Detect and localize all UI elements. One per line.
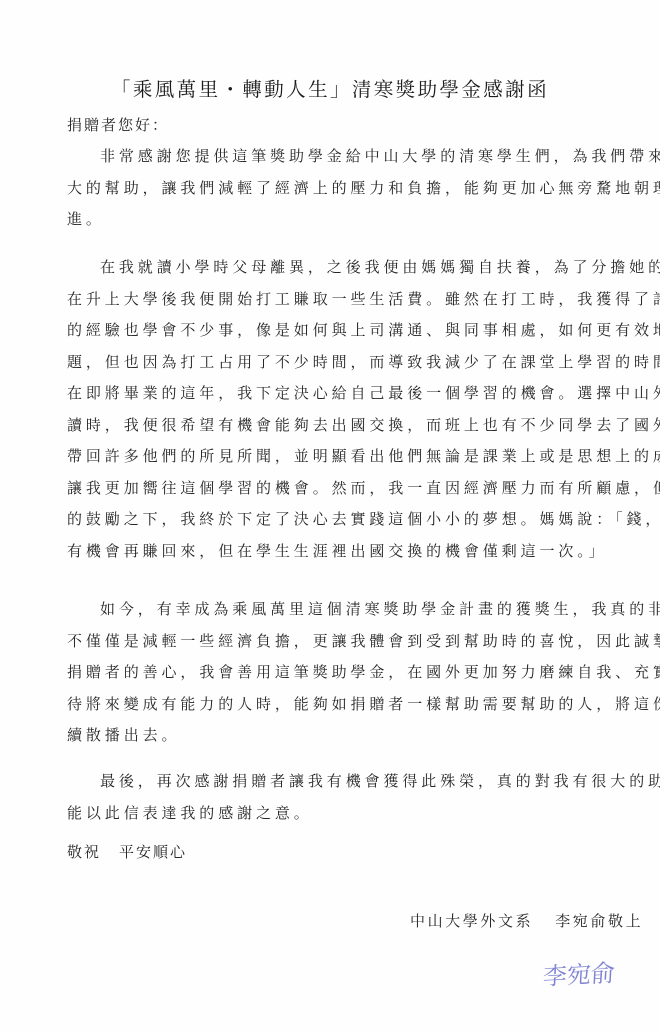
paragraph-line: 待將來變成有能力的人時，能夠如捐贈者一樣幫助需要幫助的人，將這份愛心繼	[67, 689, 607, 721]
paragraph-line: 續散播出去。	[67, 720, 607, 752]
paragraph-line: 進。	[67, 204, 607, 236]
paragraph-2: 在我就讀小學時父母離異，之後我便由媽媽獨自扶養，為了分擔她的壓力， 在升上大學後…	[67, 252, 607, 567]
paragraph-line: 題，但也因為打工占用了不少時間，而導致我減少了在課堂上學習的時間。於是	[67, 347, 607, 379]
paragraph-line: 在升上大學後我便開始打工賺取一些生活費。雖然在打工時，我獲得了許多寶貴	[67, 284, 607, 316]
paragraph-line: 大的幫助，讓我們減輕了經濟上的壓力和負擔，能夠更加心無旁騖地朝理想邁	[67, 173, 607, 205]
salutation: 捐贈者您好：	[67, 114, 169, 135]
paragraph-line: 的經驗也學會不少事，像是如何與上司溝通、與同事相處，如何更有效地解決問	[67, 315, 607, 347]
paragraph-4: 最後，再次感謝捐贈者讓我有機會獲得此殊榮，真的對我有很大的助益，僅 能以此信表達…	[67, 766, 607, 829]
paragraph-line: 捐贈者的善心，我會善用這筆獎助學金，在國外更加努力磨練自我、充實自我，	[67, 657, 607, 689]
letter-page: 「乘風萬里・轉動人生」清寒獎助學金感謝函 捐贈者您好： 非常感謝您提供這筆獎助學…	[0, 0, 660, 1031]
paragraph-line: 讓我更加嚮往這個學習的機會。然而，我一直因經濟壓力而有所顧慮，但在媽媽	[67, 473, 607, 505]
paragraph-1: 非常感謝您提供這筆獎助學金給中山大學的清寒學生們，為我們帶來了相當 大的幫助，讓…	[67, 141, 607, 236]
paragraph-line: 最後，再次感謝捐贈者讓我有機會獲得此殊榮，真的對我有很大的助益，僅	[67, 766, 607, 798]
paragraph-line: 非常感謝您提供這筆獎助學金給中山大學的清寒學生們，為我們帶來了相當	[67, 141, 607, 173]
closing-left: 敬祝	[67, 843, 101, 861]
closing-wish: 敬祝平安順心	[67, 841, 187, 862]
paragraph-line: 有機會再賺回來，但在學生生涯裡出國交換的機會僅剩這一次。」	[67, 536, 607, 568]
paragraph-line: 能以此信表達我的感謝之意。	[67, 798, 607, 830]
paragraph-line: 的鼓勵之下，我終於下定了決心去實踐這個小小的夢想。媽媽說：「錢，以後都	[67, 504, 607, 536]
signature-line: 中山大學外文系李宛俞敬上	[410, 910, 643, 931]
closing-right: 平安順心	[119, 843, 187, 861]
paragraph-line: 在我就讀小學時父母離異，之後我便由媽媽獨自扶養，為了分擔她的壓力，	[67, 252, 607, 284]
paragraph-3: 如今，有幸成為乘風萬里這個清寒獎助學金計畫的獲獎生，我真的非常高興， 不僅僅是減…	[67, 594, 607, 752]
paragraph-line: 帶回許多他們的所見所聞，並明顯看出他們無論是課業上或是思想上的成長，這	[67, 441, 607, 473]
letter-title: 「乘風萬里・轉動人生」清寒獎助學金感謝函	[0, 74, 660, 102]
paragraph-line: 在即將畢業的這年，我下定決心給自己最後一個學習的機會。選擇中山外文系就	[67, 378, 607, 410]
paragraph-line: 如今，有幸成為乘風萬里這個清寒獎助學金計畫的獲獎生，我真的非常高興，	[67, 594, 607, 626]
handwritten-signature: 李宛俞	[542, 953, 616, 992]
paragraph-line: 不僅僅是減輕一些經濟負擔，更讓我體會到受到幫助時的喜悅，因此誠摯地感謝	[67, 626, 607, 658]
signature-name: 李宛俞敬上	[555, 912, 643, 930]
signature-department: 中山大學外文系	[410, 912, 533, 930]
paragraph-line: 讀時，我便很希望有機會能夠去出國交換，而班上也有不少同學去了國外交換後，	[67, 410, 607, 442]
